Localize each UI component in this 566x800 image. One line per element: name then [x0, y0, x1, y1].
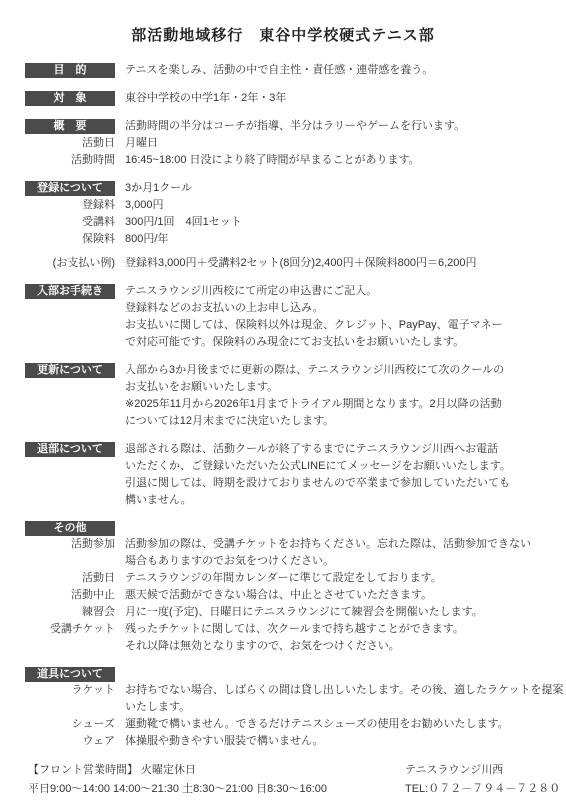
enrollment-text-line: お支払いに関しては、保険料以外は現金、クレジット、PayPay、電子マネー	[125, 317, 503, 334]
participation-text-line: 場合もありますのでお気をつけください。	[125, 553, 334, 570]
page-title: 部活動地域移行 東谷中学校硬式テニス部	[0, 24, 566, 45]
withdrawal-row: 引退に関しては、時期を設けておりませんので卒業まで参加していただいても	[0, 475, 566, 492]
section-enrollment-label: 入部お手続き	[25, 284, 115, 299]
wear-value: 体操服や動きやすい服装で構いません。	[125, 733, 324, 750]
enrollment-text-line: テニスラウンジ川西校にて所定の申込書にご記入。	[125, 283, 377, 300]
others-activity-day-value: テニスラウンジの年間カレンダーに準じて設定をしております。	[125, 570, 442, 587]
section-enrollment: 入部お手続き テニスラウンジ川西校にて所定の申込書にご記入。 登録料などのお支払…	[0, 283, 566, 351]
racket-row: ラケット お持ちでない場合、しばらくの間は貸し出しいたします。その後、適したラケ…	[0, 682, 566, 699]
section-registration-label: 登録について	[25, 181, 115, 196]
renewal-row: については12月末までに決定いたします。	[0, 413, 566, 430]
lesson-fee-row: 受講料 300円/1回 4回1セット	[0, 214, 566, 231]
racket-text-line: お持ちでない場合、しばらくの間は貸し出しいたします。その後、適したラケットを提案	[125, 682, 563, 699]
payment-example-label: (お支払い例)	[25, 255, 115, 272]
ticket-text-line: それ以降は無効となりますので、お気をつけください。	[125, 638, 400, 655]
section-equipment-row: 道具について	[0, 666, 566, 682]
renewal-text-line: お支払いをお願いいたします。	[125, 379, 278, 396]
withdrawal-text-line: いただくか、ご登録いただいた公式LINEにてメッセージをお願いいたします。	[125, 458, 511, 475]
section-equipment: 道具について ラケット お持ちでない場合、しばらくの間は貸し出しいたします。その…	[0, 666, 566, 750]
section-purpose-label: 目 的	[25, 63, 115, 78]
renewal-text-line: 入部から3か月後までに更新の際は、テニスラウンジ川西校にて次のクールの	[125, 362, 504, 379]
cancellation-value: 悪天候で活動ができない場合は、中止とさせていただきます。	[125, 587, 432, 604]
enrollment-row: で対応可能です。保険料のみ現金にてお支払いをお願いいたします。	[0, 334, 566, 351]
lesson-fee-label: 受講料	[25, 214, 115, 231]
activity-time-row: 活動時間 16:45~18:00 日没により終了時間が早まることがあります。	[0, 152, 566, 169]
section-purpose-text: テニスを楽しみ、活動の中で自主性・責任感・連帯感を養う。	[125, 62, 433, 79]
tel-number: TEL:０７２－７９４－７２８０	[405, 780, 560, 799]
section-overview-row: 概 要 活動時間の半分はコーチが指導、半分はラリーやゲームを行います。	[0, 118, 566, 135]
enrollment-row: お支払いに関しては、保険料以外は現金、クレジット、PayPay、電子マネー	[0, 317, 566, 334]
practice-meet-value: 月に一度(予定)、日曜日にテニスラウンジにて練習会を開催いたします。	[125, 604, 483, 621]
wear-row: ウェア 体操服や動きやすい服装で構いません。	[0, 733, 566, 750]
participation-text-line: 活動参加の際は、受講チケットをお持ちください。忘れた際は、活動参加できない	[125, 536, 531, 553]
payment-example-row: (お支払い例) 登録料3,000円＋受講料2セット(8回分)2,400円＋保険料…	[0, 255, 566, 272]
section-others-label: その他	[25, 521, 115, 536]
label-column: 道具について	[25, 666, 115, 682]
enrollment-row: 登録料などのお支払いの上お申し込み。	[0, 300, 566, 317]
payment-example-value: 登録料3,000円＋受講料2セット(8回分)2,400円＋保険料800円＝6,2…	[125, 255, 477, 272]
cancellation-row: 活動中止 悪天候で活動ができない場合は、中止とさせていただきます。	[0, 587, 566, 604]
section-withdrawal-row: 退部について 退部される際は、活動クールが終了するまでにテニスラウンジ川西へお電…	[0, 441, 566, 458]
shoes-value: 運動靴で構いません。できるだけテニスシューズの使用をお勧めいたします。	[125, 716, 509, 733]
cancellation-label: 活動中止	[25, 587, 115, 604]
registration-fee-label: 登録料	[25, 197, 115, 214]
label-column: 入部お手続き	[25, 283, 115, 299]
section-target-text: 東谷中学校の中学1年・2年・3年	[125, 90, 286, 107]
others-activity-day-row: 活動日 テニスラウンジの年間カレンダーに準じて設定をしております。	[0, 570, 566, 587]
section-purpose: 目 的 テニスを楽しみ、活動の中で自主性・責任感・連帯感を養う。	[0, 62, 566, 79]
renewal-text-line: については12月末までに決定いたします。	[125, 413, 334, 430]
section-enrollment-row: 入部お手続き テニスラウンジ川西校にて所定の申込書にご記入。	[0, 283, 566, 300]
activity-day-label: 活動日	[25, 135, 115, 152]
shoes-label: シューズ	[25, 716, 115, 733]
ticket-text-line: 残ったチケットに関しては、次クールまで持ち越すことができます。	[125, 621, 464, 638]
withdrawal-row: いただくか、ご登録いただいた公式LINEにてメッセージをお願いいたします。	[0, 458, 566, 475]
section-renewal-label: 更新について	[25, 363, 115, 378]
section-renewal-row: 更新について 入部から3か月後までに更新の際は、テニスラウンジ川西校にて次のクー…	[0, 362, 566, 379]
label-column: 更新について	[25, 362, 115, 378]
footer-contact: テニスラウンジ川西 TEL:０７２－７９４－７２８０	[405, 761, 560, 799]
practice-meet-label: 練習会	[25, 604, 115, 621]
participation-row: 場合もありますのでお気をつけください。	[0, 553, 566, 570]
insurance-fee-label: 保険料	[25, 231, 115, 248]
ticket-label: 受講チケット	[25, 621, 115, 638]
section-withdrawal-label: 退部について	[25, 442, 115, 457]
section-overview-text: 活動時間の半分はコーチが指導、半分はラリーやゲームを行います。	[125, 118, 465, 135]
activity-day-row: 活動日 月曜日	[0, 135, 566, 152]
label-column: 目 的	[25, 62, 115, 78]
section-registration: 登録について 3か月1クール 登録料 3,000円 受講料 300円/1回 4回…	[0, 180, 566, 272]
renewal-text-line: ※2025年11月から2026年1月までトライアル期間となります。2月以降の活動	[125, 396, 502, 413]
participation-row: 活動参加 活動参加の際は、受講チケットをお持ちください。忘れた際は、活動参加でき…	[0, 536, 566, 553]
section-overview-label: 概 要	[25, 119, 115, 134]
ticket-row: それ以降は無効となりますので、お気をつけください。	[0, 638, 566, 655]
enrollment-text-line: 登録料などのお支払いの上お申し込み。	[125, 300, 324, 317]
facility-name: テニスラウンジ川西	[405, 761, 560, 780]
others-activity-day-label: 活動日	[25, 570, 115, 587]
label-column: 退部について	[25, 441, 115, 457]
ticket-row: 受講チケット 残ったチケットに関しては、次クールまで持ち越すことができます。	[0, 621, 566, 638]
section-target-label: 対 象	[25, 91, 115, 106]
section-withdrawal: 退部について 退部される際は、活動クールが終了するまでにテニスラウンジ川西へお電…	[0, 441, 566, 509]
registration-fee-value: 3,000円	[125, 197, 164, 214]
racket-label: ラケット	[25, 682, 115, 699]
insurance-fee-row: 保険料 800円/年	[0, 231, 566, 248]
section-overview: 概 要 活動時間の半分はコーチが指導、半分はラリーやゲームを行います。 活動日 …	[0, 118, 566, 169]
practice-meet-row: 練習会 月に一度(予定)、日曜日にテニスラウンジにて練習会を開催いたします。	[0, 604, 566, 621]
flyer-content: 目 的 テニスを楽しみ、活動の中で自主性・責任感・連帯感を養う。 対 象 東谷中…	[0, 62, 566, 799]
flyer-page: 部活動地域移行 東谷中学校硬式テニス部 目 的 テニスを楽しみ、活動の中で自主性…	[0, 0, 566, 800]
label-column: 概 要	[25, 118, 115, 134]
section-purpose-row: 目 的 テニスを楽しみ、活動の中で自主性・責任感・連帯感を養う。	[0, 62, 566, 79]
wear-label: ウェア	[25, 733, 115, 750]
footer: 【フロント営業時間】 火曜定休日 平日9:00～14:00 14:00～21:3…	[0, 761, 566, 799]
section-others: その他 活動参加 活動参加の際は、受講チケットをお持ちください。忘れた際は、活動…	[0, 520, 566, 655]
participation-label: 活動参加	[25, 536, 115, 553]
section-others-row: その他	[0, 520, 566, 536]
shoes-row: シューズ 運動靴で構いません。できるだけテニスシューズの使用をお勧めいたします。	[0, 716, 566, 733]
insurance-fee-value: 800円/年	[125, 231, 168, 248]
label-column: 登録について	[25, 180, 115, 196]
registration-fee-row: 登録料 3,000円	[0, 197, 566, 214]
section-registration-row: 登録について 3か月1クール	[0, 180, 566, 197]
withdrawal-text-line: 退部される際は、活動クールが終了するまでにテニスラウンジ川西へお電話	[125, 441, 498, 458]
activity-time-label: 活動時間	[25, 152, 115, 169]
racket-row: いたします。	[0, 699, 566, 716]
activity-time-value: 16:45~18:00 日没により終了時間が早まることがあります。	[125, 152, 420, 169]
enrollment-text-line: で対応可能です。保険料のみ現金にてお支払いをお願いいたします。	[125, 334, 464, 351]
renewal-row: ※2025年11月から2026年1月までトライアル期間となります。2月以降の活動	[0, 396, 566, 413]
activity-day-value: 月曜日	[125, 135, 158, 152]
section-target-row: 対 象 東谷中学校の中学1年・2年・3年	[0, 90, 566, 107]
lesson-fee-value: 300円/1回 4回1セット	[125, 214, 242, 231]
withdrawal-row: 構いません。	[0, 492, 566, 509]
withdrawal-text-line: 構いません。	[125, 492, 192, 509]
section-renewal: 更新について 入部から3か月後までに更新の際は、テニスラウンジ川西校にて次のクー…	[0, 362, 566, 430]
label-column: その他	[25, 520, 115, 536]
registration-cycle-text: 3か月1クール	[125, 180, 192, 197]
section-target: 対 象 東谷中学校の中学1年・2年・3年	[0, 90, 566, 107]
label-column: 対 象	[25, 90, 115, 106]
section-equipment-label: 道具について	[25, 667, 115, 682]
racket-text-line: いたします。	[125, 699, 190, 716]
renewal-row: お支払いをお願いいたします。	[0, 379, 566, 396]
withdrawal-text-line: 引退に関しては、時期を設けておりませんので卒業まで参加していただいても	[125, 475, 510, 492]
